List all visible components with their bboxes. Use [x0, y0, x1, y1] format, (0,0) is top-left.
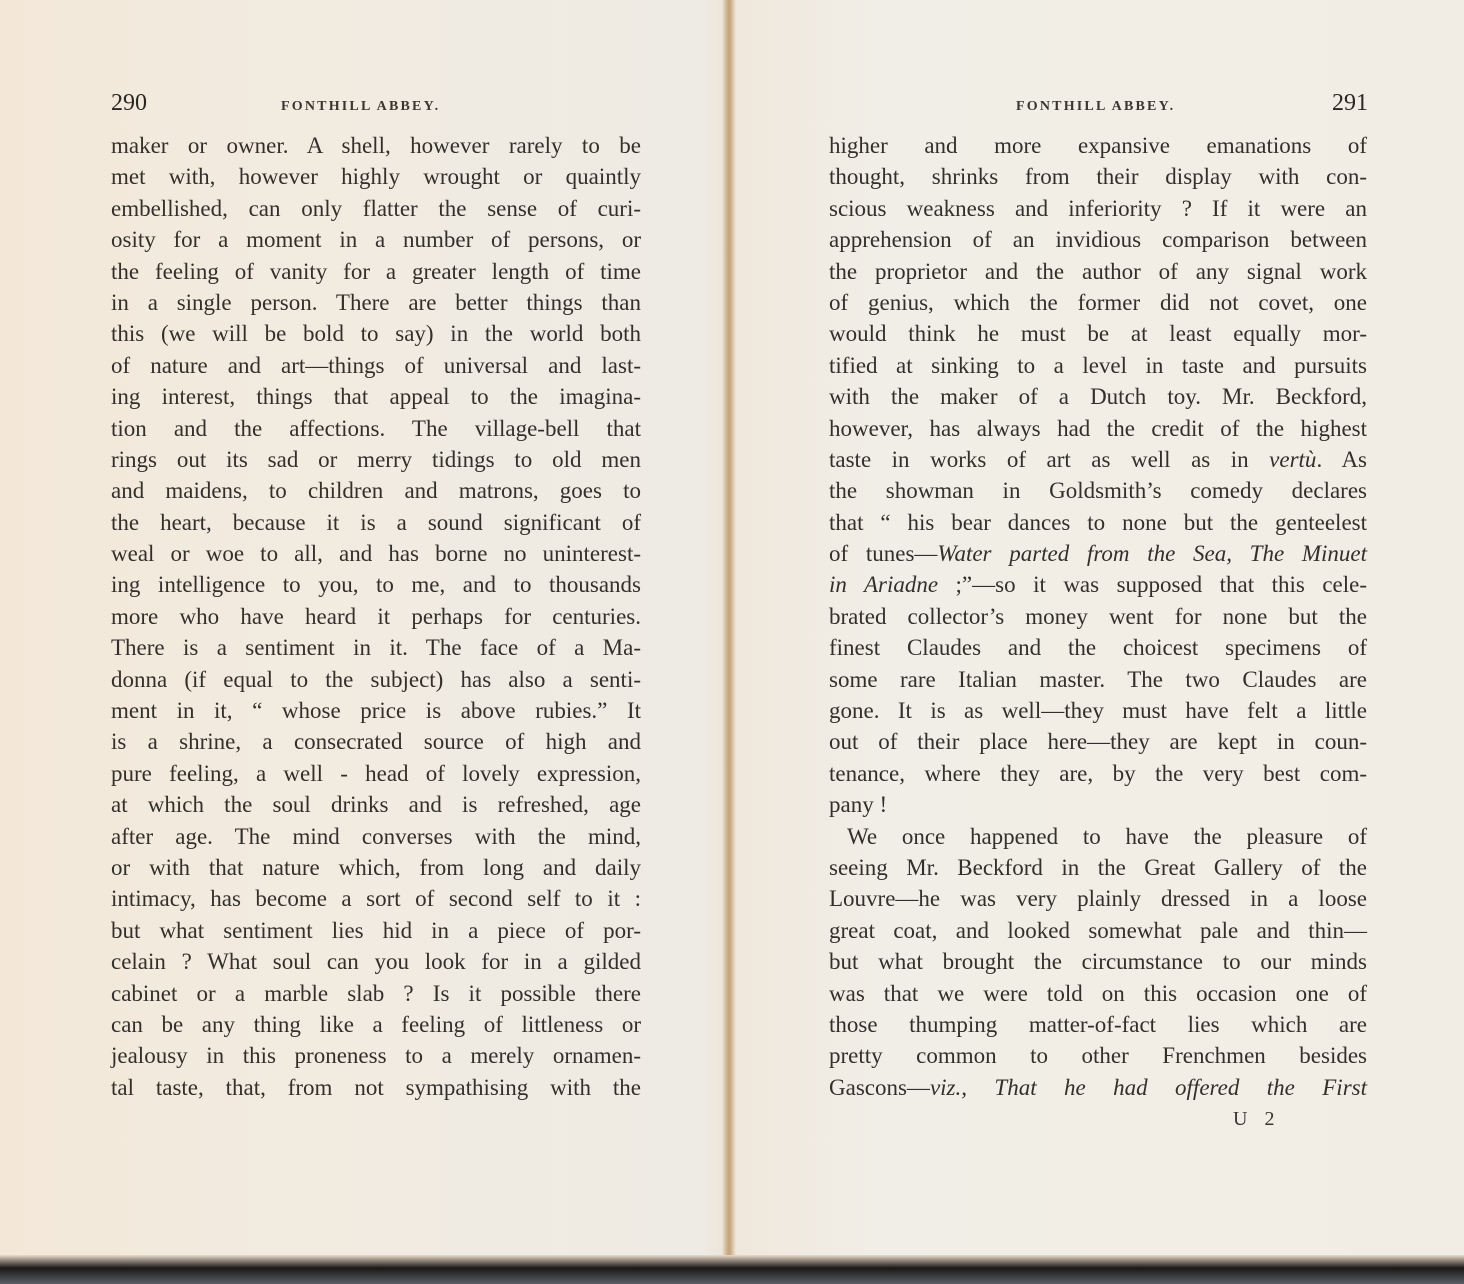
page-number: 290 — [111, 90, 147, 117]
text-line: osity for a moment in a number of person… — [111, 224, 641, 255]
text-line: weal or woe to all, and has borne no uni… — [111, 538, 641, 569]
text-line: at which the soul drinks and is refreshe… — [111, 789, 641, 820]
text-line: thought, shrinks from their display with… — [829, 161, 1367, 192]
text-line: cabinet or a marble slab ? Is it possibl… — [111, 978, 641, 1009]
text-line: tenance, where they are, by the very bes… — [829, 758, 1367, 789]
page-edge-shadow — [0, 1255, 1464, 1284]
right-page: FONTHILL ABBEY. 291 higher and more expa… — [733, 0, 1464, 1255]
body-text: higher and more expansive emanations of … — [829, 130, 1367, 1103]
text-line: the heart, because it is a sound signifi… — [111, 507, 641, 538]
left-page: 290 FONTHILL ABBEY. maker or owner. A sh… — [0, 0, 727, 1255]
signature-mark: U 2 — [1233, 1108, 1280, 1131]
text-line: gone. It is as well—they must have felt … — [829, 695, 1367, 726]
page-number: 291 — [1332, 90, 1368, 117]
body-text: maker or owner. A shell, however rarely … — [111, 130, 641, 1103]
running-head-title: FONTHILL ABBEY. — [1016, 99, 1175, 115]
text-line: is a shrine, a consecrated source of hig… — [111, 726, 641, 757]
text-line: would think he must be at least equally … — [829, 318, 1367, 349]
italic-text: in Ariadne — [829, 572, 938, 597]
text-line: taste in works of art as well as in vert… — [829, 444, 1367, 475]
text-line: jealousy in this proneness to a merely o… — [111, 1040, 641, 1071]
running-head-right: FONTHILL ABBEY. 291 — [828, 90, 1368, 120]
running-head-title: FONTHILL ABBEY. — [281, 99, 440, 115]
text-line: some rare Italian master. The two Claude… — [829, 664, 1367, 695]
text-line: met with, however highly wrought or quai… — [111, 161, 641, 192]
text-line: ing interest, things that appeal to the … — [111, 381, 641, 412]
text-line: and maidens, to children and matrons, go… — [111, 475, 641, 506]
text-line: tified at sinking to a level in taste an… — [829, 350, 1367, 381]
text-line: the showman in Goldsmith’s comedy declar… — [829, 475, 1367, 506]
italic-text: Water parted from the Sea, The Minuet — [937, 541, 1367, 566]
running-head-left: 290 FONTHILL ABBEY. — [111, 90, 641, 120]
text-line: higher and more expansive emanations of — [829, 130, 1367, 161]
text-line: was that we were told on this occasion o… — [829, 978, 1367, 1009]
text-line: of nature and art—things of universal an… — [111, 350, 641, 381]
text-line: or with that nature which, from long and… — [111, 852, 641, 883]
text-line: the feeling of vanity for a greater leng… — [111, 256, 641, 287]
text-line: intimacy, has become a sort of second se… — [111, 883, 641, 914]
text-line: those thumping matter-of-fact lies which… — [829, 1009, 1367, 1040]
text-line: but what brought the circumstance to our… — [829, 946, 1367, 977]
text-line: ment in it, “ whose price is above rubie… — [111, 695, 641, 726]
text-line: donna (if equal to the subject) has also… — [111, 664, 641, 695]
text-line: Gascons—viz., That he had offered the Fi… — [829, 1072, 1367, 1103]
text-line: apprehension of an invidious comparison … — [829, 224, 1367, 255]
text-line: seeing Mr. Beckford in the Great Gallery… — [829, 852, 1367, 883]
text-line: after age. The mind converses with the m… — [111, 821, 641, 852]
text-line: in Ariadne ;”—so it was supposed that th… — [829, 569, 1367, 600]
text-line: in a single person. There are better thi… — [111, 287, 641, 318]
text-line: of tunes—Water parted from the Sea, The … — [829, 538, 1367, 569]
text-line: however, has always had the credit of th… — [829, 413, 1367, 444]
text-line: but what sentiment lies hid in a piece o… — [111, 915, 641, 946]
text-line: finest Claudes and the choicest specimen… — [829, 632, 1367, 663]
text-line: tion and the affections. The village-bel… — [111, 413, 641, 444]
text-line: great coat, and looked somewhat pale and… — [829, 915, 1367, 946]
text-line: ing intelligence to you, to me, and to t… — [111, 569, 641, 600]
text-line: There is a sentiment in it. The face of … — [111, 632, 641, 663]
text-line: the proprietor and the author of any sig… — [829, 256, 1367, 287]
text-line: pure feeling, a well - head of lovely ex… — [111, 758, 641, 789]
paragraph-start-line: We once happened to have the pleasure of — [829, 821, 1367, 852]
italic-text: viz., That he had offered the First — [930, 1075, 1367, 1100]
text-line: out of their place here—they are kept in… — [829, 726, 1367, 757]
text-line: celain ? What soul can you look for in a… — [111, 946, 641, 977]
text-line: of genius, which the former did not cove… — [829, 287, 1367, 318]
text-line: rings out its sad or merry tidings to ol… — [111, 444, 641, 475]
text-line: can be any thing like a feeling of littl… — [111, 1009, 641, 1040]
text-line: brated collector’s money went for none b… — [829, 601, 1367, 632]
text-line: pany ! — [829, 789, 1367, 820]
text-line: pretty common to other Frenchmen besides — [829, 1040, 1367, 1071]
book-spread: 290 FONTHILL ABBEY. maker or owner. A sh… — [0, 0, 1464, 1260]
text-line: tal taste, that, from not sympathising w… — [111, 1072, 641, 1103]
text-line: that “ his bear dances to none but the g… — [829, 507, 1367, 538]
text-line: Louvre—he was very plainly dressed in a … — [829, 883, 1367, 914]
text-line: this (we will be bold to say) in the wor… — [111, 318, 641, 349]
text-line: maker or owner. A shell, however rarely … — [111, 130, 641, 161]
text-line: scious weakness and inferiority ? If it … — [829, 193, 1367, 224]
text-line: embellished, can only flatter the sense … — [111, 193, 641, 224]
text-line: with the maker of a Dutch toy. Mr. Beckf… — [829, 381, 1367, 412]
italic-text: vertù — [1269, 447, 1316, 472]
text-line: more who have heard it perhaps for centu… — [111, 601, 641, 632]
